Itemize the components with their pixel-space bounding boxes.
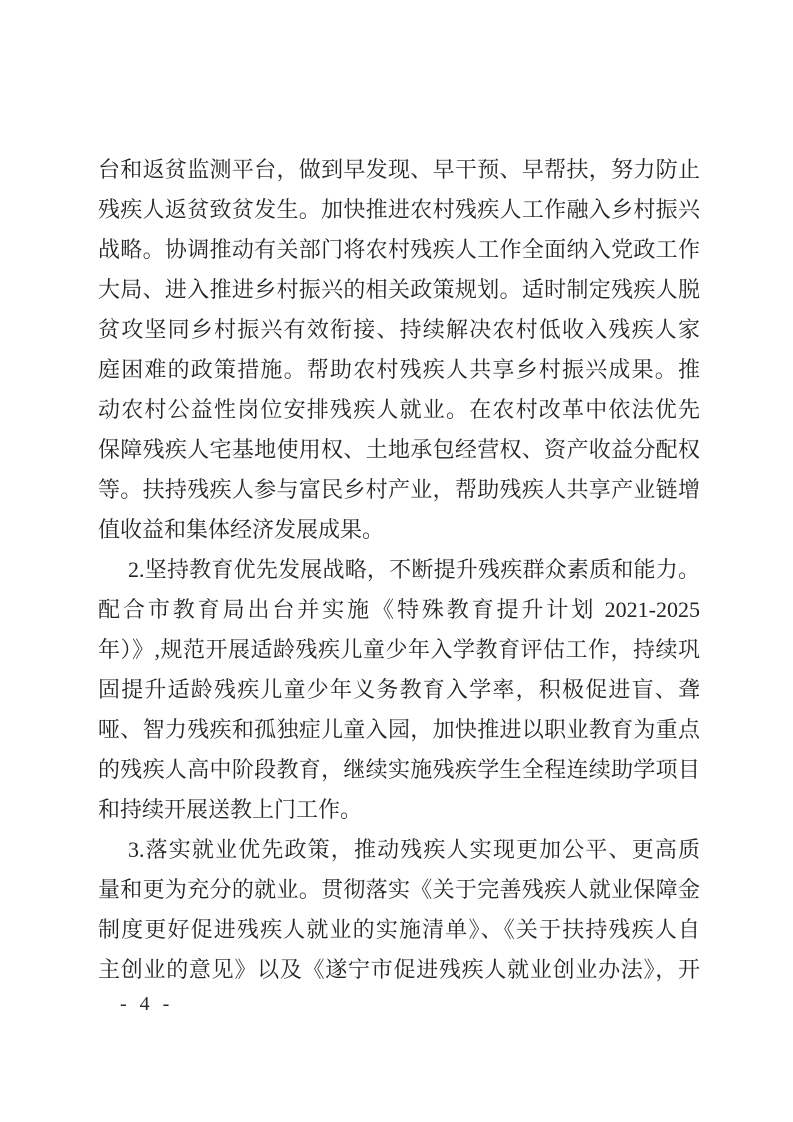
text-line: 贫攻坚同乡村振兴有效衔接、持续解决农村低收入残疾人家 <box>98 310 700 350</box>
document-page: 台和返贫监测平台，做到早发现、早干预、早帮扶，努力防止残疾人返贫致贫发生。加快推… <box>0 0 793 1122</box>
text-line: 量和更为充分的就业。贯彻落实《关于完善残疾人就业保障金 <box>98 870 700 910</box>
text-line: 3.落实就业优先政策，推动残疾人实现更加公平、更高质 <box>98 830 700 870</box>
text-line: 2.坚持教育优先发展战略，不断提升残疾群众素质和能力。 <box>98 550 700 590</box>
text-block: 台和返贫监测平台，做到早发现、早干预、早帮扶，努力防止残疾人返贫致贫发生。加快推… <box>98 150 700 990</box>
text-line: 年）》,规范开展适龄残疾儿童少年入学教育评估工作，持续巩 <box>98 630 700 670</box>
page-number: - 4 - <box>120 992 173 1016</box>
text-line: 固提升适龄残疾儿童少年义务教育入学率，积极促进盲、聋 <box>98 670 700 710</box>
text-line: 制度更好促进残疾人就业的实施清单》、《关于扶持残疾人自 <box>98 910 700 950</box>
text-line: 哑、智力残疾和孤独症儿童入园，加快推进以职业教育为重点 <box>98 710 700 750</box>
text-line: 庭困难的政策措施。帮助农村残疾人共享乡村振兴成果。推 <box>98 350 700 390</box>
text-line: 值收益和集体经济发展成果。 <box>98 510 700 550</box>
text-line: 台和返贫监测平台，做到早发现、早干预、早帮扶，努力防止 <box>98 150 700 190</box>
text-line: 保障残疾人宅基地使用权、土地承包经营权、资产收益分配权 <box>98 430 700 470</box>
text-line: 的残疾人高中阶段教育，继续实施残疾学生全程连续助学项目 <box>98 750 700 790</box>
text-line: 配合市教育局出台并实施《特殊教育提升计划 2021-2025 <box>98 590 700 630</box>
text-line: 残疾人返贫致贫发生。加快推进农村残疾人工作融入乡村振兴 <box>98 190 700 230</box>
text-line: 战略。协调推动有关部门将农村残疾人工作全面纳入党政工作 <box>98 230 700 270</box>
text-line: 大局、进入推进乡村振兴的相关政策规划。适时制定残疾人脱 <box>98 270 700 310</box>
text-line: 等。扶持残疾人参与富民乡村产业，帮助残疾人共享产业链增 <box>98 470 700 510</box>
text-line: 和持续开展送教上门工作。 <box>98 790 700 830</box>
text-line: 动农村公益性岗位安排残疾人就业。在农村改革中依法优先 <box>98 390 700 430</box>
text-line: 主创业的意见》以及《遂宁市促进残疾人就业创业办法》，开 <box>98 950 700 990</box>
